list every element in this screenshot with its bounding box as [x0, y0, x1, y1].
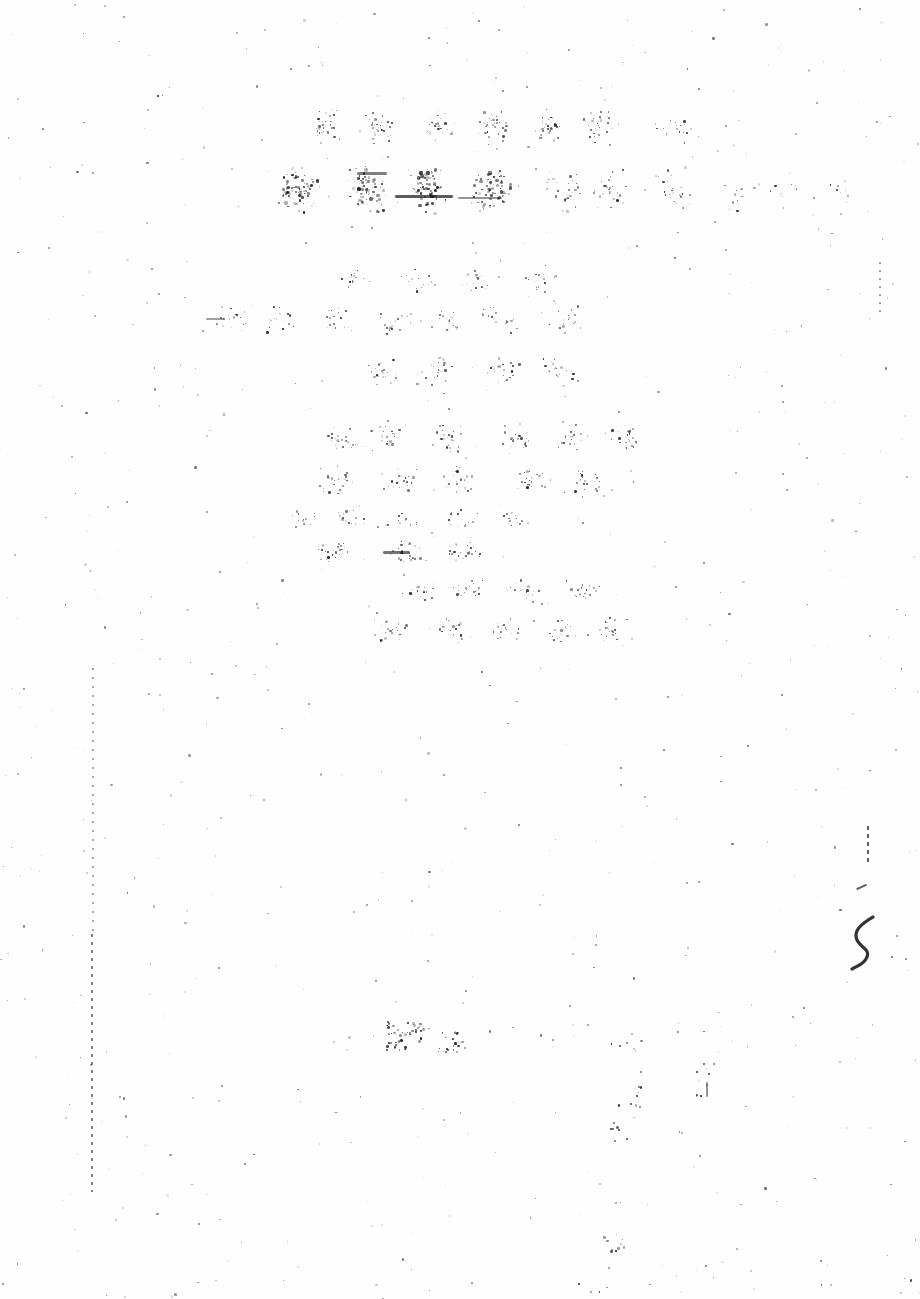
right-margin-dotted — [879, 262, 881, 314]
right-margin-dash — [867, 826, 869, 864]
body-streak-1 — [206, 318, 224, 320]
margin-marks-layer — [0, 0, 920, 1299]
left-fold-line-upper — [92, 668, 94, 934]
heading-streak-3 — [458, 197, 502, 199]
speck-hairline — [706, 1082, 708, 1097]
address-streak-1 — [383, 551, 410, 554]
scanned-page — [0, 0, 920, 1299]
right-margin-tick — [856, 884, 867, 890]
left-fold-line-lower — [91, 934, 93, 1192]
heading-streak-2 — [395, 195, 453, 198]
right-margin-squiggle — [849, 915, 879, 971]
heading-streak-1 — [357, 172, 387, 175]
